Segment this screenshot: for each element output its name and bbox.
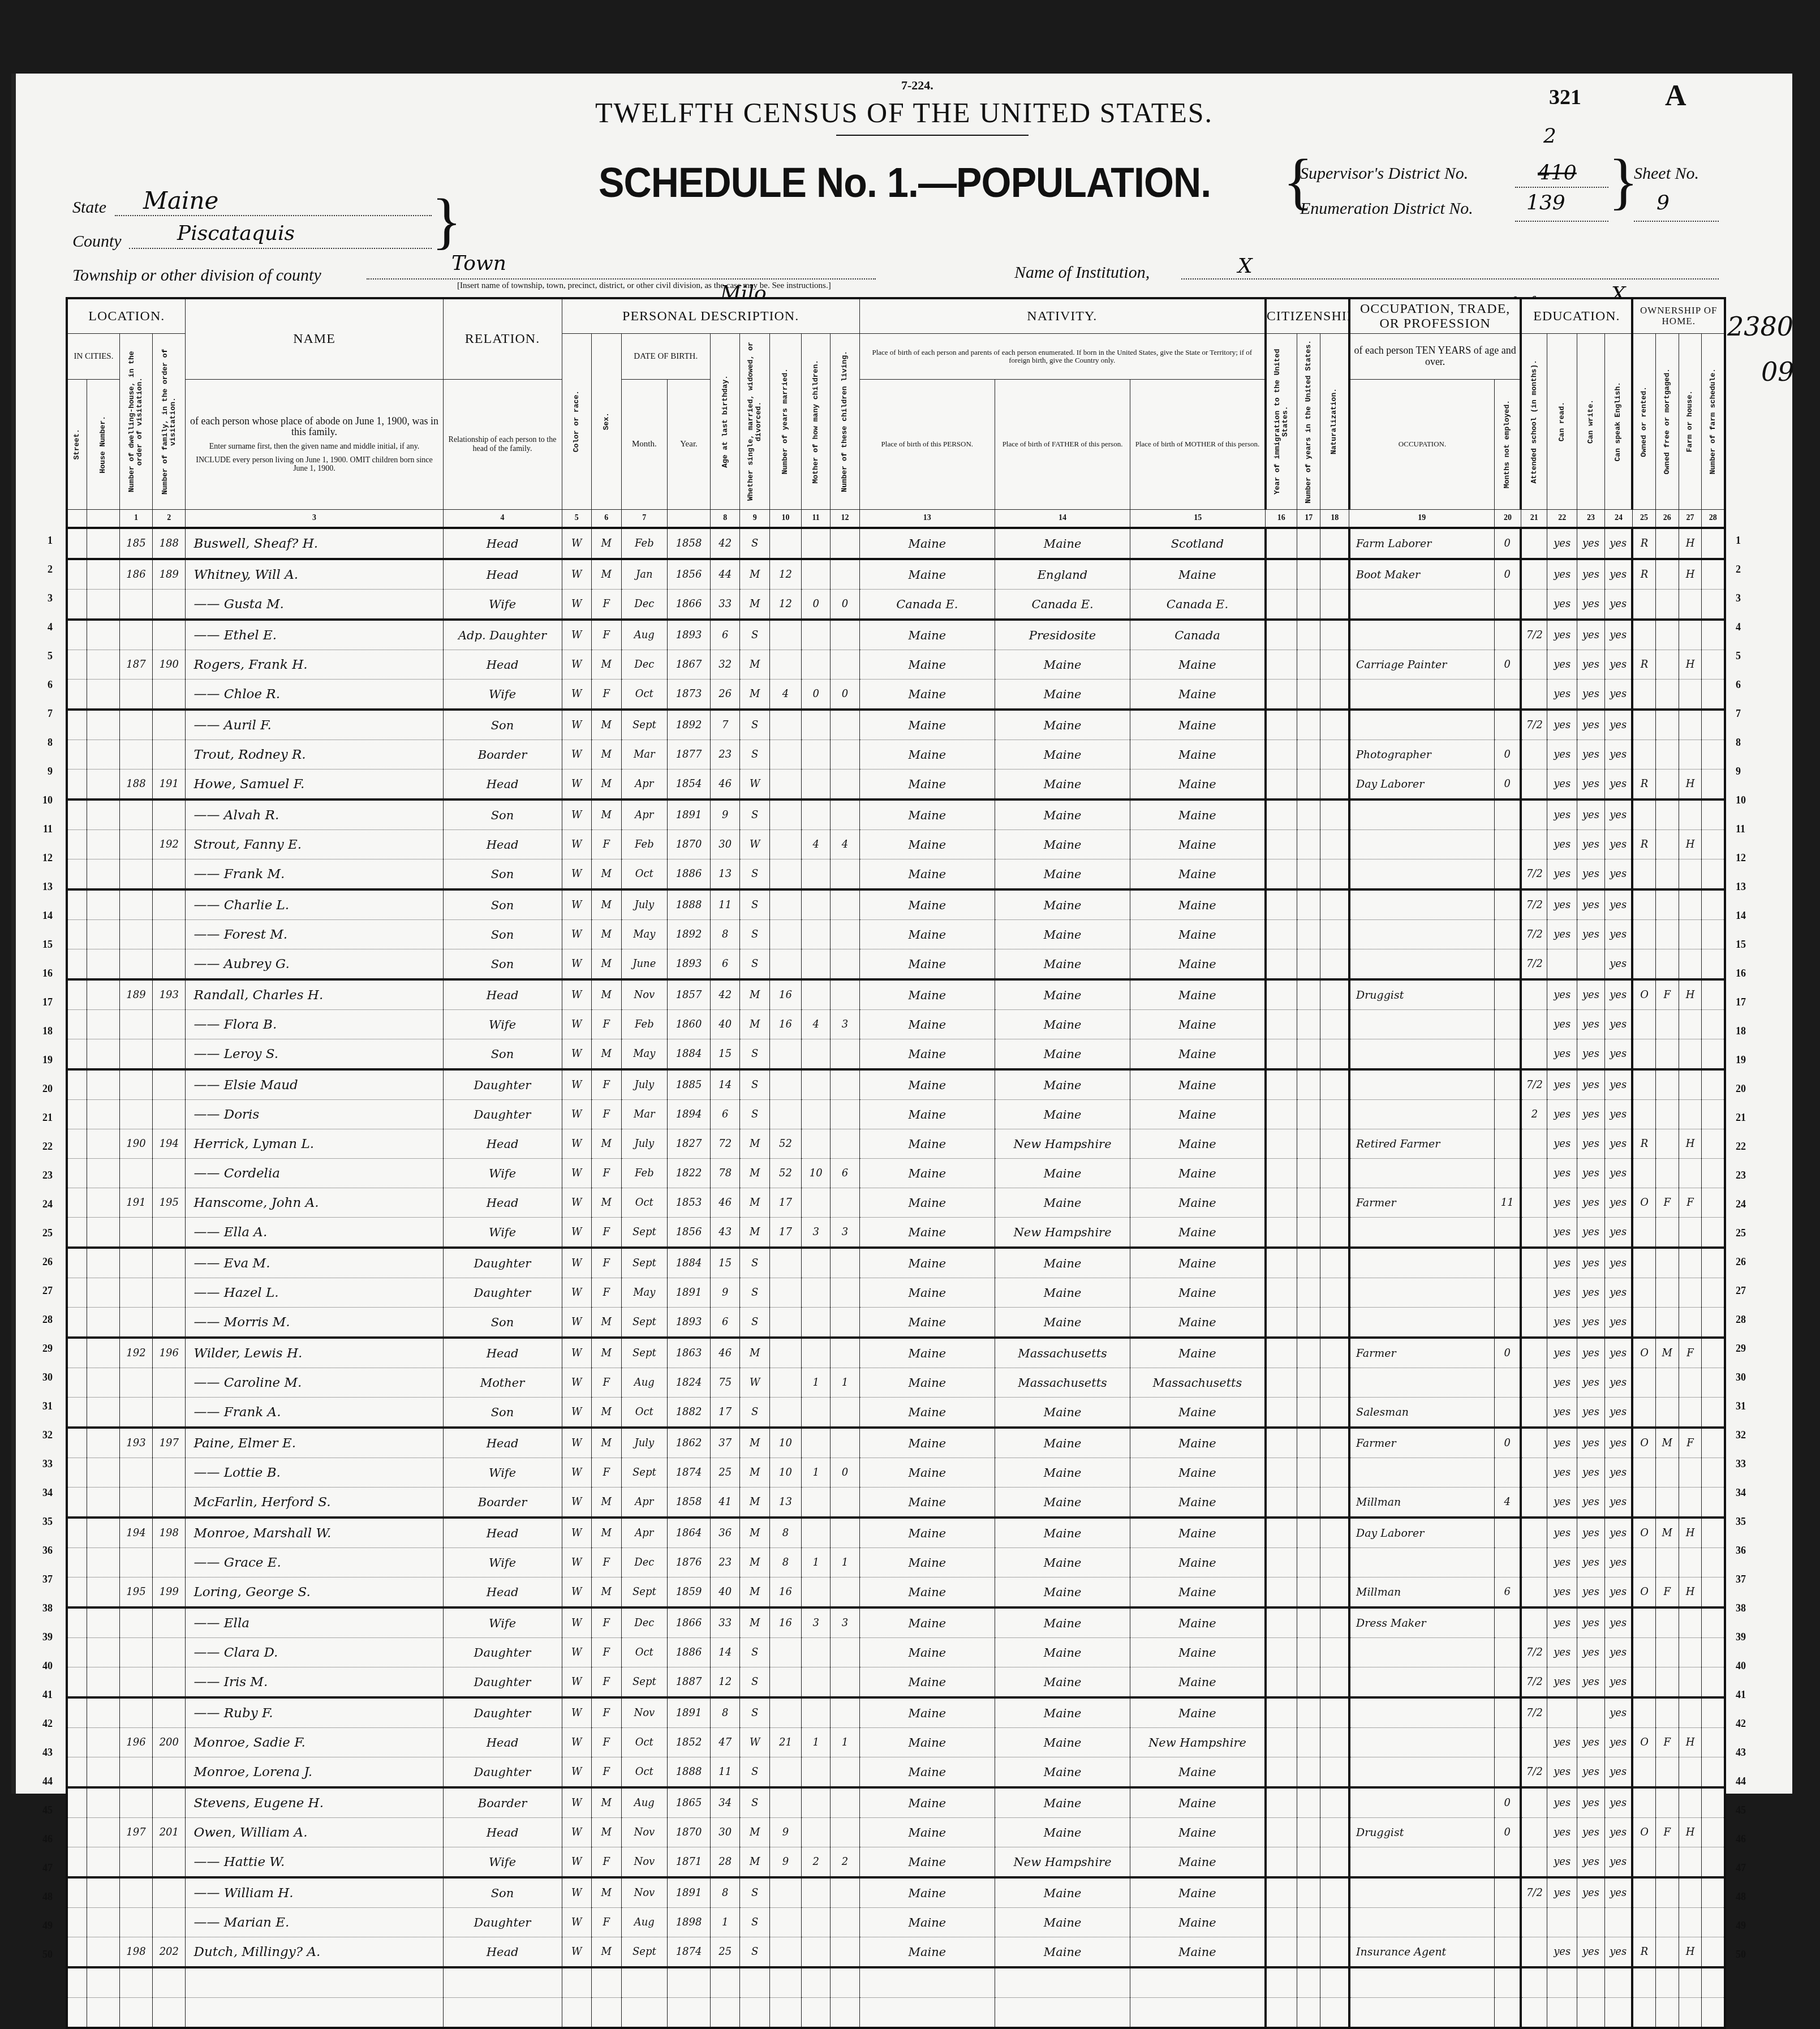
column-number: 12 bbox=[831, 510, 859, 528]
can-write-cell: yes bbox=[1577, 1039, 1604, 1070]
name-cell: —— Iris M. bbox=[186, 1667, 443, 1698]
line-number: 22 bbox=[30, 1141, 53, 1153]
children-living-cell: 6 bbox=[831, 1159, 859, 1188]
mother-of-cell bbox=[801, 1518, 830, 1548]
can-read-cell: yes bbox=[1547, 1728, 1577, 1757]
relation-cell: Wife bbox=[443, 1010, 562, 1039]
name-cell: McFarlin, Herford S. bbox=[186, 1488, 443, 1518]
col-english: Can speak English. bbox=[1614, 382, 1622, 461]
can-write-cell: yes bbox=[1577, 1398, 1604, 1428]
children-living-cell bbox=[831, 1248, 859, 1278]
years-married-cell: 52 bbox=[769, 1129, 801, 1159]
school-months-cell: 7/2 bbox=[1521, 1697, 1547, 1728]
children-living-cell bbox=[831, 1518, 859, 1548]
name-cell: —— Ruby F. bbox=[186, 1697, 443, 1728]
sex-cell: M bbox=[592, 770, 622, 800]
family-number-cell: 193 bbox=[153, 979, 186, 1010]
immigration-cell bbox=[1266, 1488, 1297, 1518]
line-number: 42 bbox=[30, 1718, 53, 1730]
mother-of-cell: 1 bbox=[801, 1458, 830, 1488]
can-write-cell: yes bbox=[1577, 770, 1604, 800]
years-in-us-cell bbox=[1297, 620, 1320, 650]
sex-cell: M bbox=[592, 920, 622, 949]
age-cell: 8 bbox=[710, 920, 740, 949]
dwelling-number-cell bbox=[119, 1159, 152, 1188]
house-number-cell bbox=[87, 528, 119, 559]
line-number: 2 bbox=[1736, 564, 1758, 575]
street-cell bbox=[67, 1248, 87, 1278]
farm-house-cell: H bbox=[1679, 979, 1702, 1010]
birthplace-mother-cell: Maine bbox=[1130, 770, 1266, 800]
immigration-cell bbox=[1266, 1069, 1297, 1100]
years-in-us-cell bbox=[1297, 710, 1320, 740]
age-cell: 30 bbox=[710, 830, 740, 859]
free-mortgaged-cell bbox=[1655, 1278, 1679, 1308]
birthplace-father-cell: Maine bbox=[995, 650, 1130, 680]
sex-cell: M bbox=[592, 1818, 622, 1828]
line-number: 32 bbox=[1736, 1429, 1758, 1441]
birthplace-person-cell: Maine bbox=[859, 1428, 995, 1458]
birthplace-mother-cell: Maine bbox=[1130, 1638, 1266, 1667]
name-cell: —— Hazel L. bbox=[186, 1278, 443, 1308]
dwelling-number-cell bbox=[119, 590, 152, 620]
free-mortgaged-cell bbox=[1655, 889, 1679, 920]
house-number-cell bbox=[87, 770, 119, 800]
age-cell: 15 bbox=[710, 1248, 740, 1278]
column-number: 18 bbox=[1320, 510, 1349, 528]
free-mortgaged-cell bbox=[1655, 710, 1679, 740]
col-school: Attended school (in months). bbox=[1530, 360, 1538, 483]
occupation-cell bbox=[1349, 1787, 1495, 1818]
speaks-english-cell: yes bbox=[1604, 1100, 1632, 1129]
farm-house-cell: F bbox=[1679, 1338, 1702, 1368]
line-number: 7 bbox=[1736, 708, 1758, 720]
table-row: 195199Loring, George S.HeadWMSept185940M… bbox=[67, 1577, 1725, 1608]
house-number-cell bbox=[87, 650, 119, 680]
owned-rented-cell bbox=[1632, 1757, 1655, 1788]
farm-schedule-cell bbox=[1702, 1398, 1725, 1428]
table-row: —— Hazel L.DaughterWFMay18919SMaineMaine… bbox=[67, 1278, 1725, 1308]
birthplace-mother-cell: Scotland bbox=[1130, 528, 1266, 559]
house-number-cell bbox=[87, 1338, 119, 1368]
immigration-cell bbox=[1266, 710, 1297, 740]
name-cell: Trout, Rodney R. bbox=[186, 740, 443, 770]
free-mortgaged-cell: M bbox=[1655, 1338, 1679, 1368]
column-number: 20 bbox=[1495, 510, 1521, 528]
months-unemployed-cell: 0 bbox=[1495, 740, 1521, 770]
column-number: 19 bbox=[1349, 510, 1495, 528]
sex-cell: M bbox=[592, 859, 622, 890]
school-months-cell bbox=[1521, 1248, 1547, 1278]
line-number: 16 bbox=[1736, 968, 1758, 979]
birth-year-cell: 1877 bbox=[668, 740, 711, 770]
group-relation: RELATION. bbox=[443, 298, 562, 380]
children-living-cell bbox=[831, 528, 859, 559]
line-number: 4 bbox=[1736, 621, 1758, 633]
birth-month-cell: Sept bbox=[621, 710, 668, 740]
mother-of-cell bbox=[801, 979, 830, 1010]
line-number: 15 bbox=[1736, 939, 1758, 951]
line-number: 42 bbox=[1736, 1718, 1758, 1730]
table-row: 192Strout, Fanny E.HeadWFFeb187030W44Mai… bbox=[67, 830, 1725, 859]
months-unemployed-cell: 6 bbox=[1495, 1577, 1521, 1608]
farm-house-cell: H bbox=[1679, 830, 1702, 859]
dwelling-number-cell bbox=[119, 1100, 152, 1129]
line-number: 31 bbox=[1736, 1400, 1758, 1412]
can-write-cell: yes bbox=[1577, 559, 1604, 590]
name-cell: —— Frank A. bbox=[186, 1398, 443, 1428]
street-cell bbox=[67, 1338, 87, 1368]
can-write-cell: yes bbox=[1577, 1458, 1604, 1488]
dwelling-number-cell: 191 bbox=[119, 1188, 152, 1218]
immigration-cell bbox=[1266, 1518, 1297, 1548]
mother-of-cell bbox=[801, 1638, 830, 1667]
color-cell: W bbox=[562, 590, 592, 620]
table-row: —— Auril F.SonWMSept18927SMaineMaineMain… bbox=[67, 710, 1725, 740]
marital-cell: M bbox=[740, 1338, 770, 1368]
marital-cell: M bbox=[740, 1518, 770, 1548]
line-number: 29 bbox=[30, 1343, 53, 1355]
naturalization-cell bbox=[1320, 1787, 1349, 1818]
months-unemployed-cell bbox=[1495, 1129, 1521, 1159]
years-in-us-cell bbox=[1297, 1248, 1320, 1278]
owned-rented-cell bbox=[1632, 1458, 1655, 1488]
sex-cell: M bbox=[592, 979, 622, 1010]
months-unemployed-cell bbox=[1495, 889, 1521, 920]
can-write-cell: yes bbox=[1577, 1100, 1604, 1129]
farm-house-cell bbox=[1679, 799, 1702, 830]
free-mortgaged-cell bbox=[1655, 1787, 1679, 1818]
birth-year-cell: 1857 bbox=[668, 979, 711, 1010]
county-value: Piscataquis bbox=[177, 222, 295, 245]
immigration-cell bbox=[1266, 979, 1297, 1010]
house-number-cell bbox=[87, 1069, 119, 1100]
table-row: —— Charlie L.SonWMJuly188811SMaineMaineM… bbox=[67, 889, 1725, 920]
free-mortgaged-cell bbox=[1655, 1248, 1679, 1278]
children-living-cell bbox=[831, 1428, 859, 1458]
farm-schedule-cell bbox=[1702, 979, 1725, 1010]
line-number: 22 bbox=[1736, 1141, 1758, 1153]
birth-month-cell: Aug bbox=[621, 620, 668, 650]
school-months-cell bbox=[1521, 1188, 1547, 1218]
group-location: LOCATION. bbox=[67, 298, 186, 334]
free-mortgaged-cell: M bbox=[1655, 1428, 1679, 1458]
school-months-cell bbox=[1521, 1308, 1547, 1338]
dwelling-number-cell bbox=[119, 1787, 152, 1818]
age-cell: 32 bbox=[710, 650, 740, 680]
column-number: 3 bbox=[186, 510, 443, 528]
house-number-cell bbox=[87, 1697, 119, 1728]
owned-rented-cell: O bbox=[1632, 979, 1655, 1010]
owned-rented-cell bbox=[1632, 1368, 1655, 1398]
immigration-cell bbox=[1266, 1368, 1297, 1398]
occupation-cell: Boot Maker bbox=[1349, 559, 1495, 590]
farm-schedule-cell bbox=[1702, 799, 1725, 830]
table-row: —— Eva M.DaughterWFSept188415SMaineMaine… bbox=[67, 1248, 1725, 1278]
house-number-cell bbox=[87, 859, 119, 890]
line-number: 39 bbox=[30, 1631, 53, 1643]
farm-house-cell bbox=[1679, 680, 1702, 710]
years-in-us-cell bbox=[1297, 1428, 1320, 1458]
years-married-cell bbox=[769, 1248, 801, 1278]
group-personal: PERSONAL DESCRIPTION. bbox=[562, 298, 859, 334]
can-write-cell: yes bbox=[1577, 1248, 1604, 1278]
color-cell: W bbox=[562, 1069, 592, 1100]
can-read-cell: yes bbox=[1547, 1010, 1577, 1039]
free-mortgaged-cell bbox=[1655, 1458, 1679, 1488]
can-write-cell: yes bbox=[1577, 1638, 1604, 1667]
table-row: —— CordeliaWifeWFFeb182278M52106MaineMai… bbox=[67, 1159, 1725, 1188]
family-number-cell bbox=[153, 1398, 186, 1428]
children-living-cell bbox=[831, 710, 859, 740]
birthplace-person-cell: Maine bbox=[859, 1638, 995, 1667]
name-cell: —— Cordelia bbox=[186, 1159, 443, 1188]
birth-month-cell: Feb bbox=[621, 528, 668, 559]
birthplace-father-cell: Maine bbox=[995, 1728, 1130, 1757]
can-read-cell: yes bbox=[1547, 1548, 1577, 1577]
birthplace-person-cell: Maine bbox=[859, 1697, 995, 1728]
birth-year-cell: 1891 bbox=[668, 1697, 711, 1728]
birthplace-father-cell: Maine bbox=[995, 528, 1130, 559]
speaks-english-cell: yes bbox=[1604, 949, 1632, 980]
relation-cell: Head bbox=[443, 1338, 562, 1368]
children-living-cell bbox=[831, 979, 859, 1010]
mother-of-cell: 4 bbox=[801, 830, 830, 859]
farm-schedule-cell bbox=[1702, 1697, 1725, 1728]
birthplace-mother-cell: Maine bbox=[1130, 799, 1266, 830]
years-in-us-cell bbox=[1297, 1548, 1320, 1577]
immigration-cell bbox=[1266, 1818, 1297, 1828]
name-cell: Rogers, Frank H. bbox=[186, 650, 443, 680]
months-unemployed-cell: 0 bbox=[1495, 1787, 1521, 1818]
children-living-cell bbox=[831, 1100, 859, 1129]
owned-rented-cell: R bbox=[1632, 770, 1655, 800]
can-read-cell: yes bbox=[1547, 1100, 1577, 1129]
birth-month-cell: Nov bbox=[621, 979, 668, 1010]
children-living-cell: 4 bbox=[831, 830, 859, 859]
relation-cell: Head bbox=[443, 1818, 562, 1828]
can-write-cell: yes bbox=[1577, 1308, 1604, 1338]
mother-of-cell bbox=[801, 1818, 830, 1828]
birthplace-person-cell: Maine bbox=[859, 1278, 995, 1308]
table-row: —— Ethel E.Adp. DaughterWFAug18936SMaine… bbox=[67, 620, 1725, 650]
birthplace-mother-cell: Maine bbox=[1130, 1697, 1266, 1728]
col-children-living: Number of these children living. bbox=[841, 351, 849, 492]
months-unemployed-cell bbox=[1495, 1728, 1521, 1757]
years-in-us-cell bbox=[1297, 1308, 1320, 1338]
years-married-cell: 21 bbox=[769, 1728, 801, 1757]
line-number: 34 bbox=[30, 1487, 53, 1499]
relation-cell: Son bbox=[443, 949, 562, 980]
years-married-cell bbox=[769, 1338, 801, 1368]
group-ownership: OWNERSHIP OF HOME. bbox=[1632, 298, 1725, 334]
mother-of-cell bbox=[801, 1488, 830, 1518]
naturalization-cell bbox=[1320, 1607, 1349, 1638]
dwelling-number-cell bbox=[119, 680, 152, 710]
birthplace-father-cell: Maine bbox=[995, 1787, 1130, 1818]
years-married-cell: 8 bbox=[769, 1518, 801, 1548]
occupation-cell bbox=[1349, 1218, 1495, 1248]
marital-cell: M bbox=[740, 1607, 770, 1638]
birth-year-cell: 1892 bbox=[668, 920, 711, 949]
years-married-cell: 12 bbox=[769, 559, 801, 590]
farm-schedule-cell bbox=[1702, 1010, 1725, 1039]
school-months-cell bbox=[1521, 1010, 1547, 1039]
birthplace-father-cell: Maine bbox=[995, 1488, 1130, 1518]
owned-rented-cell: O bbox=[1632, 1518, 1655, 1548]
age-cell: 11 bbox=[710, 889, 740, 920]
line-number: 9 bbox=[1736, 766, 1758, 777]
marital-cell: S bbox=[740, 1787, 770, 1818]
school-months-cell: 7/2 bbox=[1521, 1069, 1547, 1100]
birthplace-father-cell: Maine bbox=[995, 1577, 1130, 1608]
years-married-cell: 8 bbox=[769, 1548, 801, 1577]
state-label: State bbox=[72, 198, 106, 217]
farm-house-cell bbox=[1679, 1039, 1702, 1070]
immigration-cell bbox=[1266, 1757, 1297, 1788]
owned-rented-cell bbox=[1632, 859, 1655, 890]
years-married-cell bbox=[769, 740, 801, 770]
children-living-cell bbox=[831, 949, 859, 980]
occupation-cell: Dress Maker bbox=[1349, 1607, 1495, 1638]
house-number-cell bbox=[87, 1518, 119, 1548]
naturalization-cell bbox=[1320, 650, 1349, 680]
can-write-cell: yes bbox=[1577, 680, 1604, 710]
sex-cell: M bbox=[592, 799, 622, 830]
population-table: LOCATION. NAME RELATION. PERSONAL DESCRI… bbox=[66, 297, 1726, 1828]
naturalization-cell bbox=[1320, 1667, 1349, 1698]
immigration-cell bbox=[1266, 830, 1297, 859]
birth-year-cell: 1856 bbox=[668, 1218, 711, 1248]
immigration-cell bbox=[1266, 1667, 1297, 1698]
occupation-cell bbox=[1349, 1548, 1495, 1577]
column-number: 7 bbox=[621, 510, 668, 528]
birth-month-cell: Oct bbox=[621, 1188, 668, 1218]
relation-cell: Mother bbox=[443, 1368, 562, 1398]
immigration-cell bbox=[1266, 1398, 1297, 1428]
naturalization-cell bbox=[1320, 1069, 1349, 1100]
farm-house-cell bbox=[1679, 1278, 1702, 1308]
house-number-cell bbox=[87, 710, 119, 740]
column-number: 11 bbox=[801, 510, 830, 528]
marital-cell: S bbox=[740, 1069, 770, 1100]
birthplace-father-cell: Maine bbox=[995, 859, 1130, 890]
occupation-cell bbox=[1349, 1697, 1495, 1728]
years-in-us-cell bbox=[1297, 650, 1320, 680]
birthplace-person-cell: Maine bbox=[859, 1607, 995, 1638]
free-mortgaged-cell bbox=[1655, 1308, 1679, 1338]
speaks-english-cell: yes bbox=[1604, 590, 1632, 620]
age-cell: 6 bbox=[710, 1100, 740, 1129]
street-cell bbox=[67, 859, 87, 890]
street-cell bbox=[67, 1100, 87, 1129]
column-number bbox=[668, 510, 711, 528]
years-in-us-cell bbox=[1297, 920, 1320, 949]
immigration-cell bbox=[1266, 1010, 1297, 1039]
school-months-cell bbox=[1521, 1368, 1547, 1398]
birth-year-cell: 1870 bbox=[668, 1818, 711, 1828]
birthplace-father-cell: Massachusetts bbox=[995, 1368, 1130, 1398]
months-unemployed-cell bbox=[1495, 799, 1521, 830]
line-number: 25 bbox=[30, 1227, 53, 1239]
birthplace-father-cell: Maine bbox=[995, 920, 1130, 949]
marital-cell: S bbox=[740, 889, 770, 920]
family-number-cell: 191 bbox=[153, 770, 186, 800]
birthplace-father-cell: Maine bbox=[995, 1248, 1130, 1278]
relation-cell: Son bbox=[443, 1398, 562, 1428]
years-in-us-cell bbox=[1297, 1398, 1320, 1428]
birthplace-mother-cell: Maine bbox=[1130, 1159, 1266, 1188]
family-number-cell bbox=[153, 1039, 186, 1070]
owned-rented-cell bbox=[1632, 1248, 1655, 1278]
months-unemployed-cell bbox=[1495, 620, 1521, 650]
column-number: 22 bbox=[1547, 510, 1577, 528]
sheet-number: 9 bbox=[1656, 191, 1670, 214]
occupation-cell bbox=[1349, 1248, 1495, 1278]
line-number: 26 bbox=[1736, 1256, 1758, 1268]
farm-house-cell bbox=[1679, 1787, 1702, 1818]
birthplace-person-cell: Maine bbox=[859, 1218, 995, 1248]
can-read-cell: yes bbox=[1547, 1638, 1577, 1667]
farm-schedule-cell bbox=[1702, 1458, 1725, 1488]
free-mortgaged-cell bbox=[1655, 1667, 1679, 1698]
can-write-cell bbox=[1577, 949, 1604, 980]
birth-month-cell: Aug bbox=[621, 1787, 668, 1818]
color-cell: W bbox=[562, 1338, 592, 1368]
occupation-cell bbox=[1349, 680, 1495, 710]
color-cell: W bbox=[562, 710, 592, 740]
can-write-cell: yes bbox=[1577, 859, 1604, 890]
years-married-cell: 17 bbox=[769, 1218, 801, 1248]
can-read-cell: yes bbox=[1547, 770, 1577, 800]
table-row: —— Flora B.WifeWFFeb186040M1643MaineMain… bbox=[67, 1010, 1725, 1039]
farm-schedule-cell bbox=[1702, 1667, 1725, 1698]
can-read-cell: yes bbox=[1547, 830, 1577, 859]
age-cell: 37 bbox=[710, 1428, 740, 1458]
occupation-desc: of each person TEN YEARS of age and over… bbox=[1349, 334, 1521, 380]
color-cell: W bbox=[562, 1728, 592, 1757]
birthplace-mother-cell: Maine bbox=[1130, 1218, 1266, 1248]
farm-schedule-cell bbox=[1702, 740, 1725, 770]
free-mortgaged-cell bbox=[1655, 1039, 1679, 1070]
line-number: 36 bbox=[30, 1545, 53, 1557]
age-cell: 40 bbox=[710, 1577, 740, 1608]
months-unemployed-cell: 0 bbox=[1495, 650, 1521, 680]
family-number-cell bbox=[153, 1308, 186, 1338]
birth-month-cell: Feb bbox=[621, 1159, 668, 1188]
owned-rented-cell bbox=[1632, 1697, 1655, 1728]
supervisor-number: 2 bbox=[1543, 124, 1556, 148]
color-cell: W bbox=[562, 1129, 592, 1159]
mother-of-cell bbox=[801, 1338, 830, 1368]
speaks-english-cell: yes bbox=[1604, 1488, 1632, 1518]
mother-of-cell bbox=[801, 528, 830, 559]
birthplace-father-cell: England bbox=[995, 559, 1130, 590]
relation-cell: Son bbox=[443, 889, 562, 920]
speaks-english-cell: yes bbox=[1604, 1010, 1632, 1039]
color-cell: W bbox=[562, 1398, 592, 1428]
table-row: —— Leroy S.SonWMMay188415SMaineMaineMain… bbox=[67, 1039, 1725, 1070]
years-in-us-cell bbox=[1297, 740, 1320, 770]
years-in-us-cell bbox=[1297, 1638, 1320, 1667]
can-read-cell: yes bbox=[1547, 1248, 1577, 1278]
family-number-cell: 195 bbox=[153, 1188, 186, 1218]
school-months-cell bbox=[1521, 1548, 1547, 1577]
naturalization-cell bbox=[1320, 1218, 1349, 1248]
birth-month-cell: Jan bbox=[621, 559, 668, 590]
street-cell bbox=[67, 1697, 87, 1728]
sex-cell: M bbox=[592, 559, 622, 590]
